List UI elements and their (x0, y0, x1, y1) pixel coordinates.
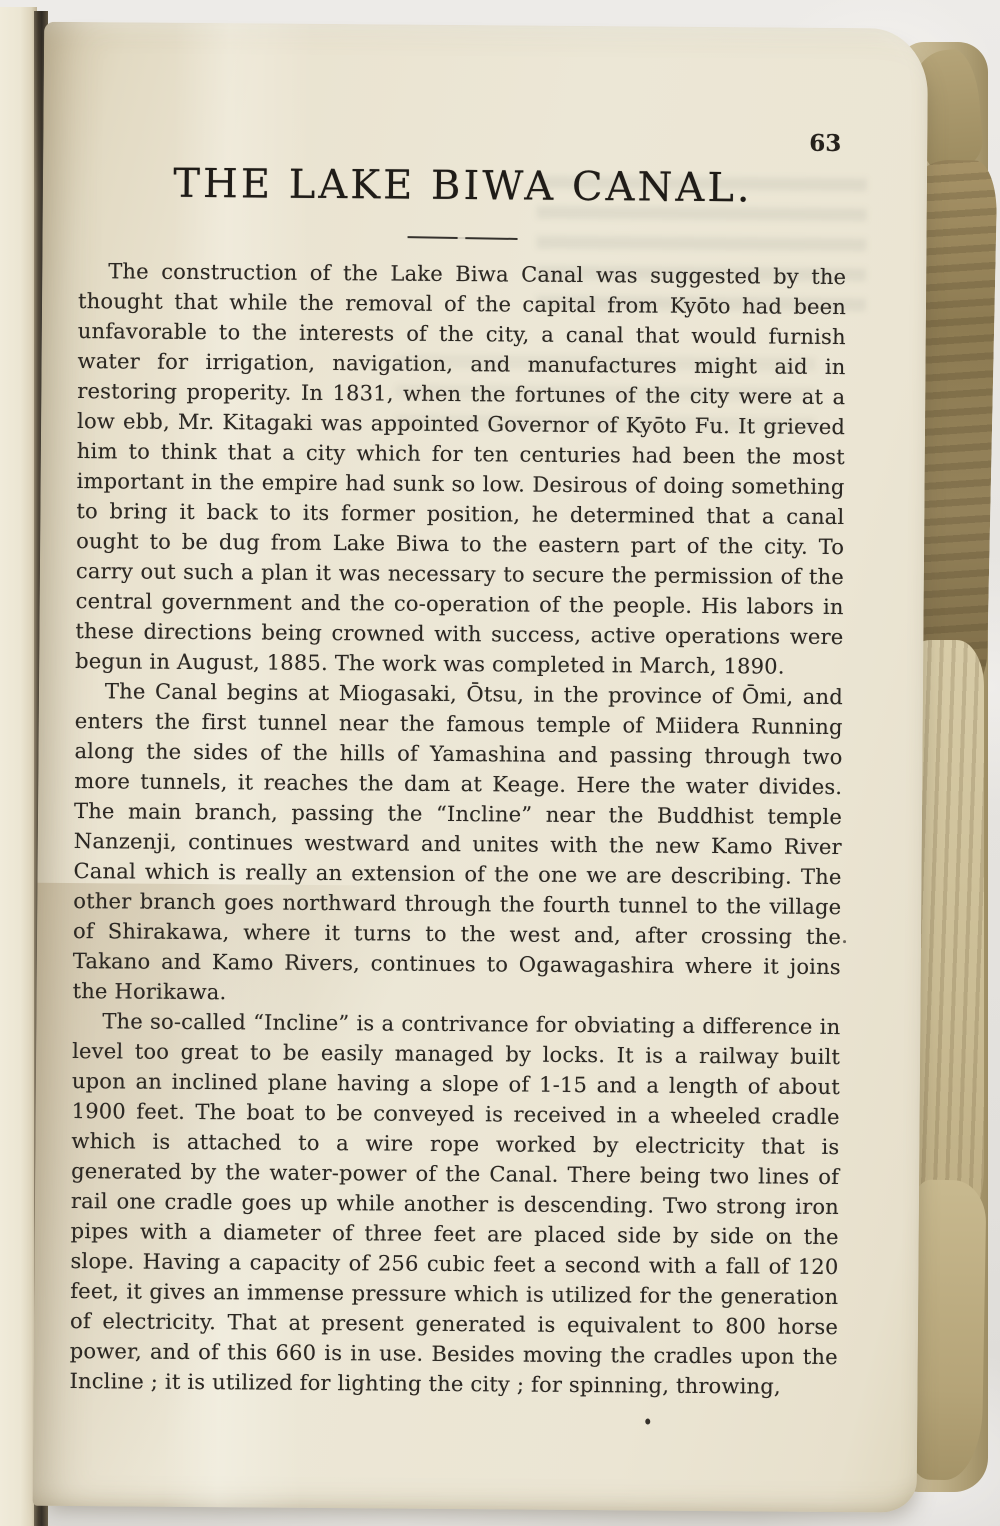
ink-speck (645, 1419, 650, 1425)
book-page-photo: 63 THE LAKE BIWA CANAL. The construction… (0, 0, 1000, 1526)
paragraph-2: The Canal begins at Miogasaki, Ōtsu, in … (73, 676, 844, 1012)
facing-page-edge (0, 7, 37, 1526)
ink-speck (843, 940, 846, 943)
book-page: 63 THE LAKE BIWA CANAL. The construction… (33, 22, 929, 1513)
page-edge-mid (916, 640, 984, 1220)
page-number: 63 (809, 130, 841, 157)
page-edge-bottom (907, 1179, 986, 1480)
body-text: The construction of the Lake Biwa Canal … (69, 256, 846, 1402)
paragraph-1: The construction of the Lake Biwa Canal … (75, 256, 846, 682)
ink-speck (136, 511, 139, 514)
title-rule (408, 236, 518, 240)
page-title: THE LAKE BIWA CANAL. (79, 160, 847, 212)
page-content: 63 THE LAKE BIWA CANAL. The construction… (69, 22, 849, 1512)
paragraph-3: The so-called “Incline” is a contrivance… (69, 1006, 840, 1402)
